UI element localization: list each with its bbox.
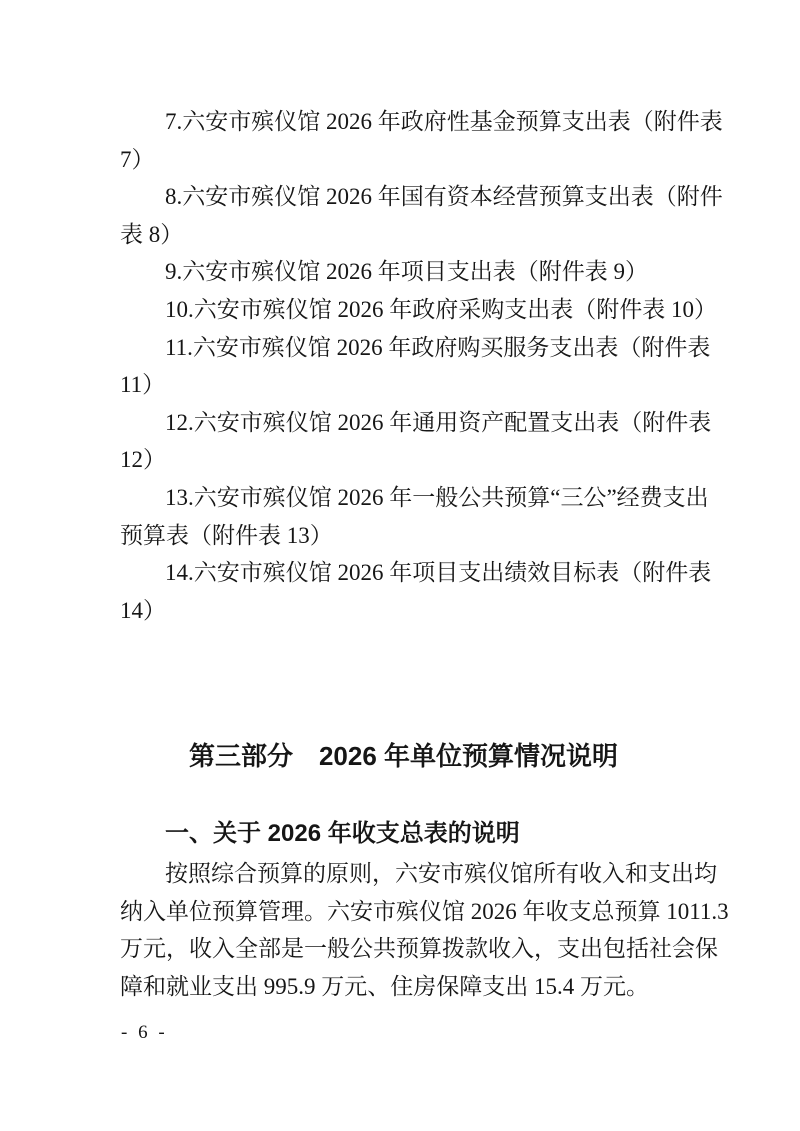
subsection-heading: 一、关于 2026 年收支总表的说明 <box>120 814 687 854</box>
list-line-9: 9.六安市殡仪馆 2026 年项目支出表（附件表 9） <box>120 253 687 291</box>
body-paragraph: 按照综合预算的原则，六安市殡仪馆所有收入和支出均 纳入单位预算管理。六安市殡仪馆… <box>120 855 687 1005</box>
list-line-13a: 13.六安市殡仪馆 2026 年一般公共预算“三公”经费支出 <box>120 479 687 517</box>
section-heading: 第三部分 2026 年单位预算情况说明 <box>120 734 687 778</box>
list-line-8b: 表 8） <box>120 216 687 254</box>
list-line-14a: 14.六安市殡仪馆 2026 年项目支出绩效目标表（附件表 <box>120 554 687 592</box>
list-line-12b: 12） <box>120 441 687 479</box>
paragraph-line-2: 纳入单位预算管理。六安市殡仪馆 2026 年收支总预算 1011.3 <box>120 893 687 931</box>
page-number: - 6 - <box>121 1020 168 1046</box>
list-line-11a: 11.六安市殡仪馆 2026 年政府购买服务支出表（附件表 <box>120 329 687 367</box>
list-line-14b: 14） <box>120 592 687 630</box>
list-line-12a: 12.六安市殡仪馆 2026 年通用资产配置支出表（附件表 <box>120 404 687 442</box>
list-line-7a: 7.六安市殡仪馆 2026 年政府性基金预算支出表（附件表 <box>120 103 687 141</box>
attachment-list: 7.六安市殡仪馆 2026 年政府性基金预算支出表（附件表 7） 8.六安市殡仪… <box>120 103 687 629</box>
paragraph-line-4: 障和就业支出 995.9 万元、住房保障支出 15.4 万元。 <box>120 968 687 1006</box>
paragraph-line-3: 万元，收入全部是一般公共预算拨款收入，支出包括社会保 <box>120 930 687 968</box>
list-line-13b: 预算表（附件表 13） <box>120 517 687 555</box>
list-line-7b: 7） <box>120 141 687 179</box>
document-page: 7.六安市殡仪馆 2026 年政府性基金预算支出表（附件表 7） 8.六安市殡仪… <box>0 0 800 1131</box>
paragraph-line-1: 按照综合预算的原则，六安市殡仪馆所有收入和支出均 <box>120 855 687 893</box>
list-line-8a: 8.六安市殡仪馆 2026 年国有资本经营预算支出表（附件 <box>120 178 687 216</box>
list-line-11b: 11） <box>120 366 687 404</box>
list-line-10: 10.六安市殡仪馆 2026 年政府采购支出表（附件表 10） <box>120 291 687 329</box>
